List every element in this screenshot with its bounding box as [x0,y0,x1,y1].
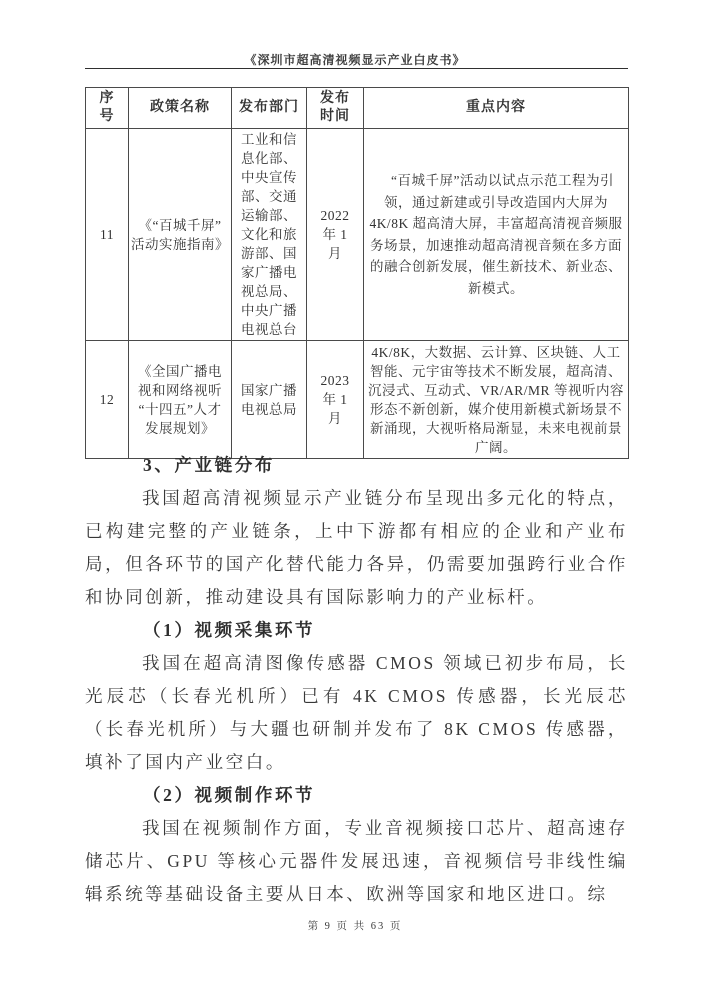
cell-policy-name: 《全国广播电 视和网络视听 “十四五”人才 发展规划》 [129,341,232,459]
body-text-block: 3、产业链分布 我国超高清视频显示产业链分布呈现出多元化的特点，已构建完整的产业… [85,449,628,911]
page-number-footer: 第 9 页 共 63 页 [0,918,710,933]
policy-table: 序 号 政策名称 发布部门 发布 时间 重点内容 11 《“百城千屏” 活动实施… [85,87,629,459]
cell-publish-date: 2023 年 1 月 [307,341,364,459]
table-row-12: 12 《全国广播电 视和网络视听 “十四五”人才 发展规划》 国家广播 电视总局… [86,341,629,459]
paragraph-video-capture: 我国在超高清图像传感器 CMOS 领域已初步布局，长光辰芯（长春光机所）已有 4… [85,647,628,779]
cell-key-content: “百城千屏”活动以试点示范工程为引领，通过新建或引导改造国内大屏为 4K/8K … [364,129,629,341]
column-header-issuing-department: 发布部门 [232,88,307,129]
subsection-heading-video-capture: （1）视频采集环节 [85,614,628,647]
cell-issuing-department: 工业和信 息化部、 中央宣传 部、交通 运输部、 文化和旅 游部、国 家广播电 … [232,129,307,341]
cell-serial-number: 11 [86,129,129,341]
column-header-policy-name: 政策名称 [129,88,232,129]
cell-publish-date: 2022 年 1 月 [307,129,364,341]
table-row-11: 11 《“百城千屏” 活动实施指南》 工业和信 息化部、 中央宣传 部、交通 运… [86,129,629,341]
paragraph-video-production: 我国在视频制作方面，专业音视频接口芯片、超高速存储芯片、GPU 等核心元器件发展… [85,812,628,911]
subsection-heading-video-production: （2）视频制作环节 [85,779,628,812]
section-heading-industry-chain: 3、产业链分布 [85,449,628,482]
header-divider [85,68,628,69]
cell-policy-name: 《“百城千屏” 活动实施指南》 [129,129,232,341]
column-header-serial: 序 号 [86,88,129,129]
column-header-publish-date: 发布 时间 [307,88,364,129]
column-header-key-content: 重点内容 [364,88,629,129]
table-header-row: 序 号 政策名称 发布部门 发布 时间 重点内容 [86,88,629,129]
cell-key-content: 4K/8K，大数据、云计算、区块链、人工智能、元宇宙等技术不断发展，超高清、沉浸… [364,341,629,459]
document-header-title: 《深圳市超高清视频显示产业白皮书》 [0,51,710,68]
cell-serial-number: 12 [86,341,129,459]
cell-issuing-department: 国家广播 电视总局 [232,341,307,459]
document-page: 《深圳市超高清视频显示产业白皮书》 序 号 政策名称 发布部门 发布 时间 重点… [0,0,710,1004]
paragraph-industry-chain-overview: 我国超高清视频显示产业链分布呈现出多元化的特点，已构建完整的产业链条，上中下游都… [85,482,628,614]
